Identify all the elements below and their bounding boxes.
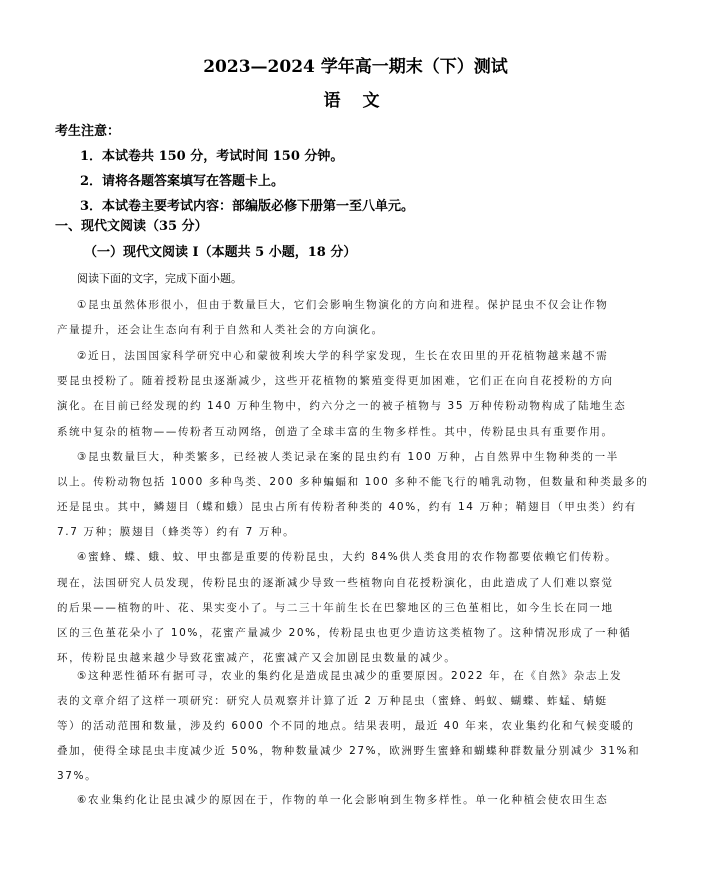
notice-item-2: 2．请将各题答案填写在答题卡上。 bbox=[80, 170, 284, 189]
subsection-heading: （一）现代文阅读 I（本题共 5 小题，18 分） bbox=[84, 241, 356, 260]
passage-line: 产量提升，还会让生态向有利于自然和人类社会的方向演化。 bbox=[57, 322, 384, 337]
reading-instruction: 阅读下面的文字，完成下面小题。 bbox=[77, 270, 242, 286]
passage-line: 表的文章介绍了这样一项研究：研究人员观察并计算了近 2 万种昆虫（蜜蜂、蚂蚁、蝴… bbox=[57, 693, 608, 708]
notice-heading: 考生注意： bbox=[55, 120, 120, 139]
passage-line: 等）的活动范围和数量，涉及约 6000 个不同的地点。结果表明，最近 40 年来… bbox=[57, 718, 635, 733]
passage-line: 系统中复杂的植物——传粉者互动网络，创造了全球丰富的生物多样性。其中，传粉昆虫具… bbox=[57, 424, 614, 439]
exam-page: 2023—2024 学年高一期末（下）测试 语 文 考生注意： 1．本试卷共 1… bbox=[0, 0, 701, 877]
passage-line: 37%。 bbox=[57, 768, 97, 783]
passage-line: ④蜜蜂、蝶、蛾、蚊、甲虫都是重要的传粉昆虫，大约 84%供人类食用的农作物都要依… bbox=[77, 549, 617, 564]
passage-line: ①昆虫虽然体形很小，但由于数量巨大，它们会影响生物演化的方向和进程。保护昆虫不仅… bbox=[77, 297, 608, 312]
notice-item-3: 3．本试卷主要考试内容：部编版必修下册第一至八单元。 bbox=[80, 195, 414, 214]
passage-line: ⑥农业集约化让昆虫减少的原因在于，作物的单一化会影响到生物多样性。单一化种植会使… bbox=[77, 792, 608, 807]
passage-line: ⑤这种恶性循环有据可寻，农业的集约化是造成昆虫减少的重要原因。2022 年，在《… bbox=[77, 668, 622, 683]
passage-line: 区的三色堇花朵小了 10%，花蜜产量减少 20%，传粉昆虫也更少造访这类植物了。… bbox=[57, 625, 631, 640]
exam-subject: 语 文 bbox=[0, 86, 701, 111]
passage-line: 的后果——植物的叶、花、果实变小了。与二三十年前生长在巴黎地区的三色堇相比，如今… bbox=[57, 600, 614, 615]
passage-line: 要昆虫授粉了。随着授粉昆虫逐渐减少，这些开花植物的繁殖变得更加困难，它们正在向自… bbox=[57, 373, 614, 388]
passage-line: 7.7 万种；膜翅目（蜂类等）约有 7 万种。 bbox=[57, 524, 295, 539]
passage-line: 以上。传粉动物包括 1000 多种鸟类、200 多种蝙蝠和 100 多种不能飞行… bbox=[57, 474, 649, 489]
passage-line: 环，传粉昆虫越来越少导致花蜜减产，花蜜减产又会加剧昆虫数量的减少。 bbox=[57, 650, 456, 665]
passage-line: 现在，法国研究人员发现，传粉昆虫的逐渐减少导致一些植物向自花授粉演化，由此造成了… bbox=[57, 575, 614, 590]
notice-item-1: 1．本试卷共 150 分，考试时间 150 分钟。 bbox=[80, 145, 343, 164]
section-heading: 一、现代文阅读（35 分） bbox=[55, 215, 208, 234]
exam-title: 2023—2024 学年高一期末（下）测试 bbox=[0, 52, 701, 77]
passage-line: ②近日，法国国家科学研究中心和蒙彼利埃大学的科学家发现，生长在农田里的开花植物越… bbox=[77, 348, 608, 363]
passage-line: 叠加，使得全球昆虫丰度减少近 50%，物种数量减少 27%，欧洲野生蜜蜂和蝴蝶种… bbox=[57, 743, 640, 758]
passage-line: 演化。在目前已经发现的约 140 万种生物中，约六分之一的被子植物与 35 万种… bbox=[57, 398, 626, 413]
passage-line: 还是昆虫。其中，鳞翅目（蝶和蛾）昆虫占所有传粉者种类的 40%，约有 14 万种… bbox=[57, 499, 637, 514]
passage-line: ③昆虫数量巨大，种类繁多，已经被人类记录在案的昆虫约有 100 万种，占自然界中… bbox=[77, 449, 619, 464]
